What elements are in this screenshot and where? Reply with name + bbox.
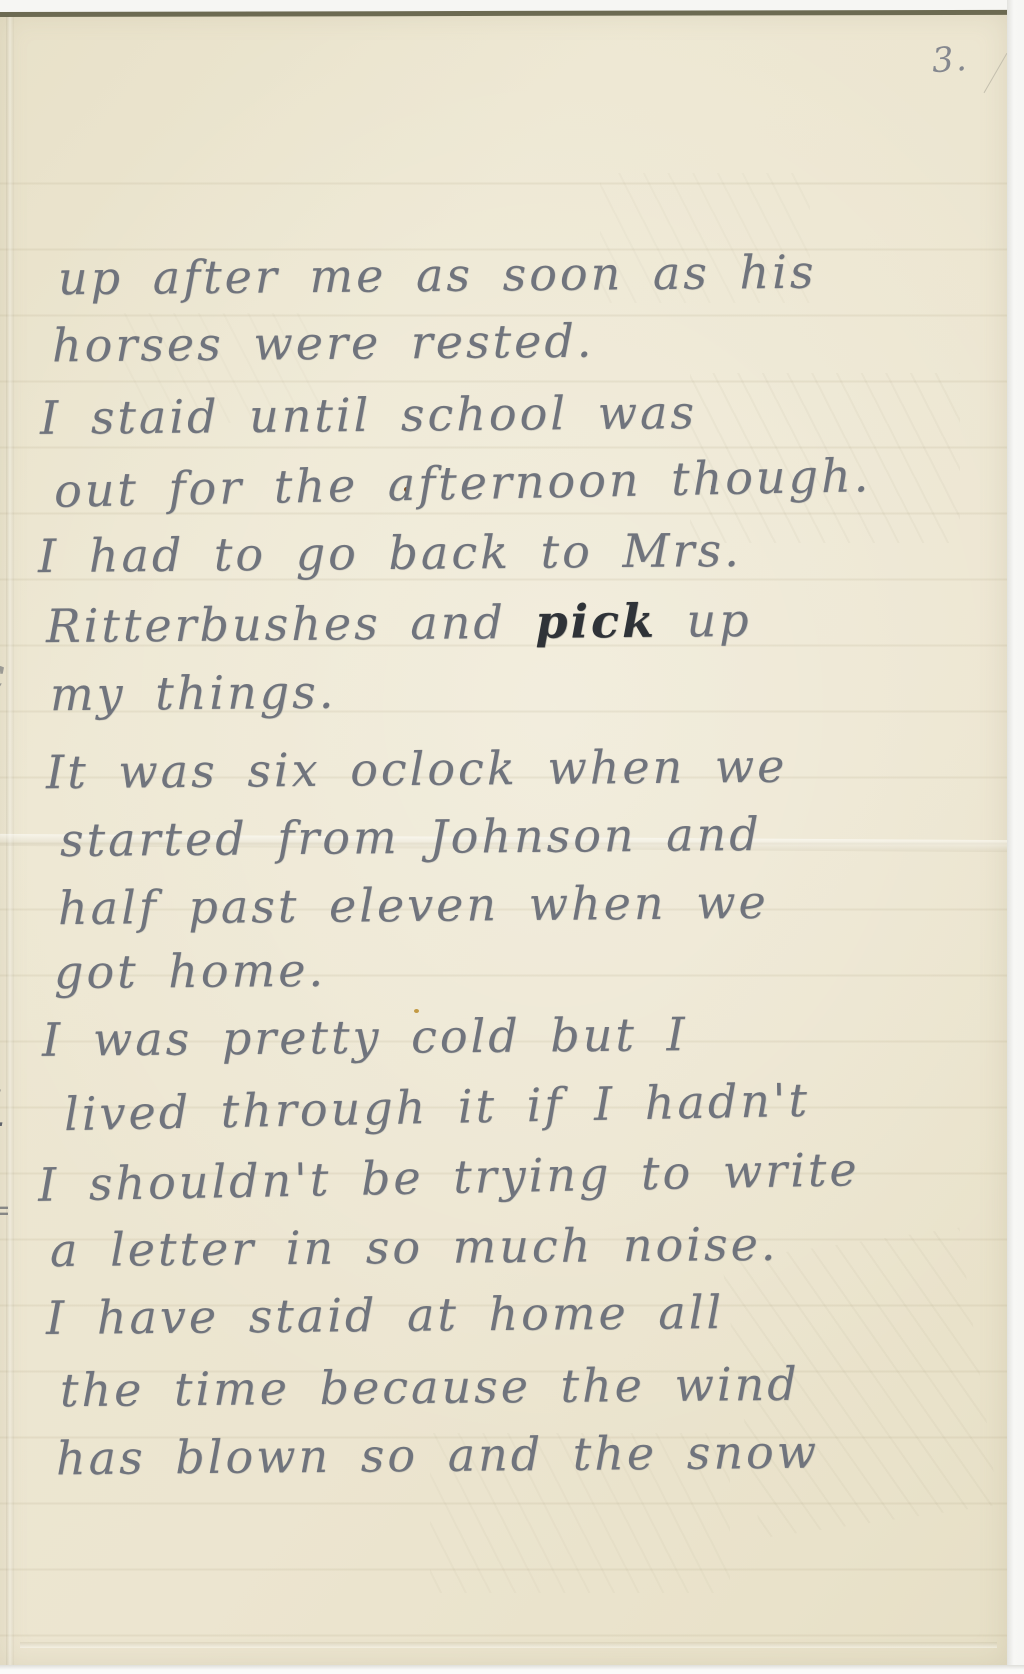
handwritten-line: I shouldn't be trying to write: [38, 1144, 860, 1210]
handwritten-line: up after me as soon as his: [58, 247, 817, 304]
line-segment: up: [657, 593, 752, 648]
handwritten-line: lived through it if I hadn't: [64, 1075, 811, 1140]
handwritten-line: I staid until school was: [40, 387, 697, 443]
handwritten-line: I have staid at home all: [46, 1287, 725, 1344]
overwritten-word: pick: [535, 594, 657, 649]
handwritten-line: It was six oclock when we: [46, 741, 788, 798]
handwritten-line: started from Johnson and: [60, 809, 762, 866]
handwritten-line: out for the afternoon though.: [54, 450, 872, 516]
handwritten-line: I was pretty cold but I: [42, 1009, 688, 1065]
handwritten-line: the time because the wind: [60, 1359, 800, 1416]
scanned-letter-page: k c = 3. up after me as soon as his hors…: [0, 0, 1024, 1674]
handwritten-line: horses were rested.: [52, 316, 595, 371]
handwritten-line: half past eleven when we: [58, 877, 769, 934]
handwritten-line: a letter in so much noise.: [50, 1219, 779, 1276]
handwritten-line: I had to go back to Mrs.: [38, 525, 742, 582]
handwritten-line: Ritterbushes and pick up: [46, 595, 752, 652]
handwritten-text: up after me as soon as his horses were r…: [0, 0, 1024, 1674]
line-segment: Ritterbushes and: [46, 595, 536, 653]
handwritten-line: has blown so and the snow: [56, 1427, 819, 1484]
handwritten-line: got home.: [54, 945, 326, 998]
handwritten-line: my things.: [50, 667, 337, 720]
